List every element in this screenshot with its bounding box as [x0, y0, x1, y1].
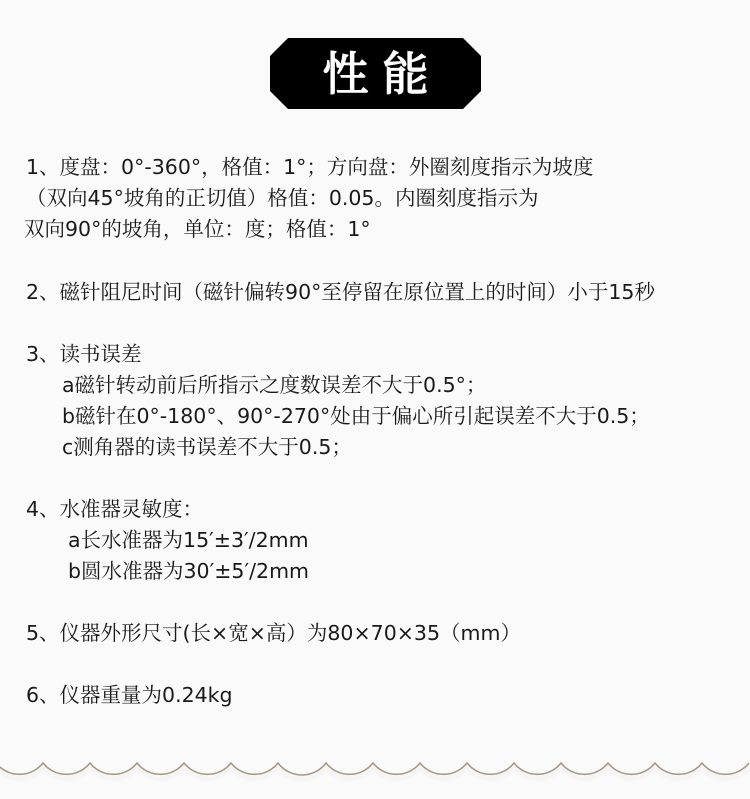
- spec-reading-error: 3、读书误差 a磁针转动前后所指示之度数误差不大于0.5°； b磁针在0°-18…: [26, 339, 746, 463]
- spec-subitem: c测角器的读书误差不大于0.5；: [26, 432, 746, 463]
- spec-heading: 4、水准器灵敏度：: [26, 494, 746, 525]
- spec-line: 双向90°的坡角，单位：度；格值：1°: [24, 214, 746, 245]
- section-title-banner: 性能: [270, 38, 481, 109]
- spec-subitem: b磁针在0°-180°、90°-270°处由于偏心所引起误差不大于0.5；: [26, 401, 746, 432]
- spec-dial-graduation: 1、度盘：0°-360°，格值：1°；方向盘：外圈刻度指示为坡度 （双向45°坡…: [26, 152, 746, 245]
- scallop-border-decoration: [0, 752, 750, 799]
- spec-line: （双向45°坡角的正切值）格值：0.05。内圈刻度指示为: [26, 183, 746, 214]
- section-title: 性能: [309, 51, 443, 97]
- spec-subitem: a长水准器为15′±3′/2mm: [26, 525, 746, 556]
- spec-line: 6、仪器重量为0.24kg: [26, 680, 746, 711]
- spec-line: 1、度盘：0°-360°，格值：1°；方向盘：外圈刻度指示为坡度: [26, 152, 746, 183]
- spec-heading: 3、读书误差: [26, 339, 746, 370]
- spec-weight: 6、仪器重量为0.24kg: [26, 680, 746, 711]
- spec-line: 2、磁针阻尼时间（磁针偏转90°至停留在原位置上的时间）小于15秒: [26, 277, 746, 308]
- spec-subitem: b圆水准器为30′±5′/2mm: [26, 556, 746, 587]
- spec-level-sensitivity: 4、水准器灵敏度： a长水准器为15′±3′/2mm b圆水准器为30′±5′/…: [26, 494, 746, 587]
- spec-subitem: a磁针转动前后所指示之度数误差不大于0.5°；: [26, 370, 746, 401]
- spec-line: 5、仪器外形尺寸(长×宽×高）为80×70×35（mm）: [26, 618, 746, 649]
- spec-dimensions: 5、仪器外形尺寸(长×宽×高）为80×70×35（mm）: [26, 618, 746, 649]
- specifications-list: 1、度盘：0°-360°，格值：1°；方向盘：外圈刻度指示为坡度 （双向45°坡…: [26, 152, 746, 742]
- spec-needle-damping-time: 2、磁针阻尼时间（磁针偏转90°至停留在原位置上的时间）小于15秒: [26, 277, 746, 308]
